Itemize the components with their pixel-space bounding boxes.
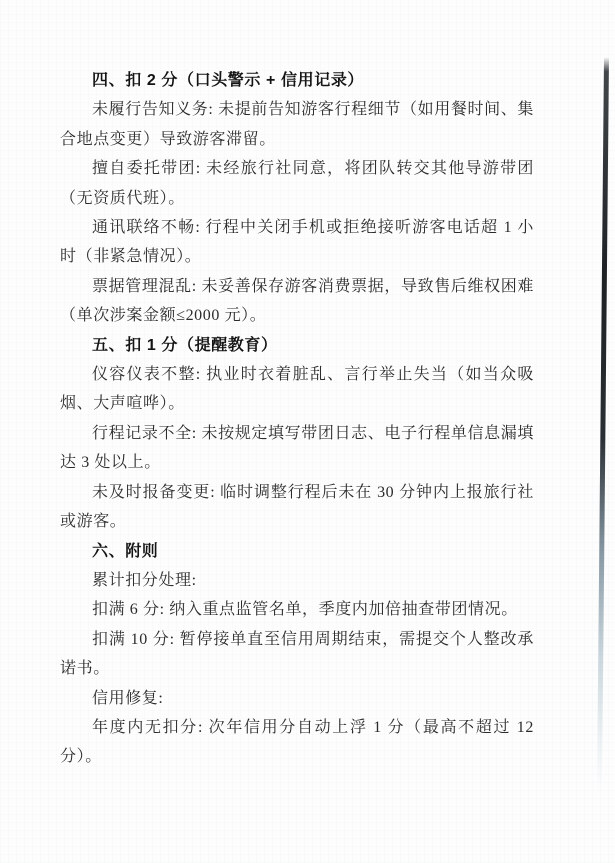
para-deduct-10-consequence: 扣满 10 分: 暂停接单直至信用周期结束，需提交个人整改承诺书。	[60, 625, 534, 684]
para-comms-unreachable: 通讯联络不畅: 行程中关闭手机或拒绝接听游客电话超 1 小时（非紧急情况）。	[60, 213, 534, 272]
para-cumulative-deduction-label: 累计扣分处理:	[60, 566, 534, 595]
scan-edge-artifact	[597, 57, 609, 790]
para-late-change-reporting: 未及时报备变更: 临时调整行程后未在 30 分钟内上报旅行社或游客。	[60, 478, 534, 537]
document-body: 四、扣 2 分（口头警示 + 信用记录） 未履行告知义务: 未提前告知游客行程细…	[60, 66, 534, 772]
section-heading-supplementary: 六、附则	[60, 537, 534, 566]
para-ticket-mismanagement: 票据管理混乱: 未妥善保存游客消费票据，导致售后维权困难（单次涉案金额≤2000…	[60, 272, 534, 331]
para-deduct-6-consequence: 扣满 6 分: 纳入重点监管名单，季度内加倍抽查带团情况。	[60, 595, 534, 624]
para-untidy-appearance: 仪容仪表不整: 执业时衣着脏乱、言行举止失当（如当众吸烟、大声喧哗）。	[60, 360, 534, 419]
para-incomplete-records: 行程记录不全: 未按规定填写带团日志、电子行程单信息漏填达 3 处以上。	[60, 419, 534, 478]
para-failure-to-inform: 未履行告知义务: 未提前告知游客行程细节（如用餐时间、集合地点变更）导致游客滞留…	[60, 95, 534, 154]
para-credit-repair-label: 信用修复:	[60, 684, 534, 713]
para-no-deduction-bonus: 年度内无扣分: 次年信用分自动上浮 1 分（最高不超过 12 分）。	[60, 713, 534, 772]
section-heading-deduct-2-points: 四、扣 2 分（口头警示 + 信用记录）	[60, 66, 534, 95]
section-heading-deduct-1-point: 五、扣 1 分（提醒教育）	[60, 331, 534, 360]
para-unauthorized-delegation: 擅自委托带团: 未经旅行社同意，将团队转交其他导游带团（无资质代班）。	[60, 154, 534, 213]
scanned-document-page: 四、扣 2 分（口头警示 + 信用记录） 未履行告知义务: 未提前告知游客行程细…	[0, 0, 615, 863]
